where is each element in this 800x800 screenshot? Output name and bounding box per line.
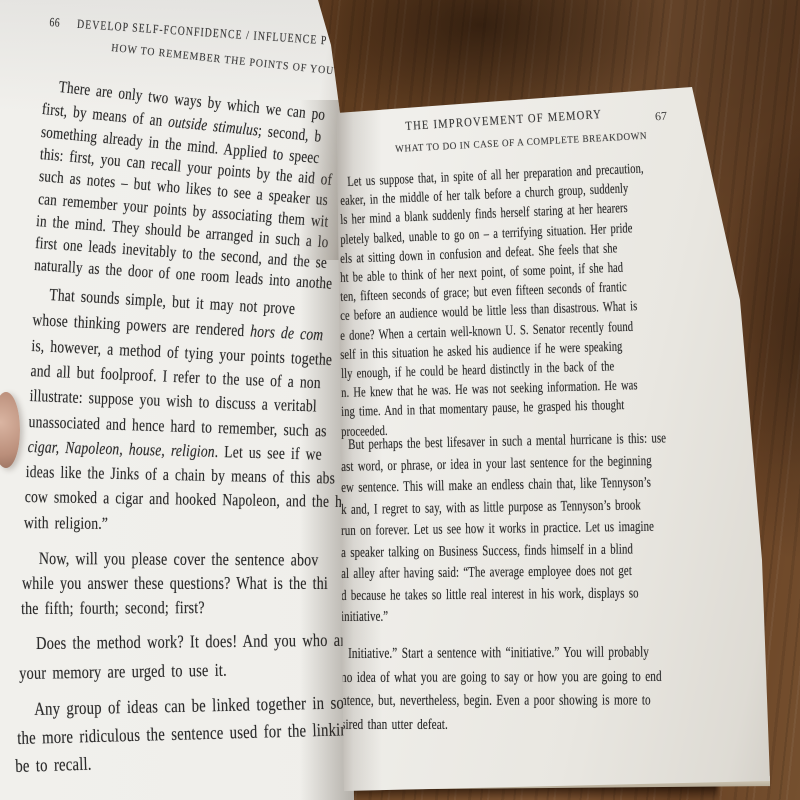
text-line: while you answer these questions? What i… <box>22 573 328 594</box>
text-line: Initiative.” Start a sentence with “init… <box>348 644 649 663</box>
text-line: initiative.” <box>341 609 388 626</box>
text-line: be to recall. <box>15 755 92 778</box>
text-line: d because he takes so little real intere… <box>341 585 639 605</box>
text-line: run on forever. Let us see how it works … <box>341 519 654 540</box>
text-line: ideas like the Jinks of a chain by means… <box>26 462 336 488</box>
right-running-head: THE IMPROVEMENT OF MEMORY <box>405 107 602 134</box>
text-line: But perhaps the best lifesaver in such a… <box>348 430 666 454</box>
text-line: unassociated and hence hard to remember,… <box>28 412 327 441</box>
text-line: ast word, or phrase, or idea in your las… <box>341 453 652 476</box>
text-line: k and, I regret to say, with as little p… <box>341 497 641 519</box>
text-line: ew sentence. This will make an endless c… <box>341 475 651 497</box>
left-section-heading: HOW TO REMEMBER THE POINTS OF YOU <box>111 42 335 77</box>
text-line: sired than utter defeat. <box>341 717 448 734</box>
text-line: your memory are urged to use it. <box>19 660 227 684</box>
right-page-number: 67 <box>655 109 668 125</box>
text-line: Now, will you please cover the sentence … <box>39 548 319 570</box>
text-line: the more ridiculous the sentence used fo… <box>17 720 348 750</box>
left-page-number: 66 <box>49 15 60 30</box>
text-line: with religion.” <box>24 513 108 534</box>
text-line: al alley after having said: “The average… <box>341 563 632 583</box>
text-line: cow smoked a cigar and hooked Napoleon, … <box>25 487 343 512</box>
text-line: the fifth; fourth; second; first? <box>21 597 205 619</box>
open-book-photo: 66DEVELOP SELF-FCONFIDENCE / INFLUENCE P… <box>0 0 800 800</box>
text-line: cigar, Napoleon, house, religion. Let us… <box>27 437 322 465</box>
text-line: ntence, but, nevertheless, begin. Even a… <box>341 692 651 710</box>
left-running-head: 66DEVELOP SELF-FCONFIDENCE / INFLUENCE P <box>49 15 328 48</box>
right-section-heading: WHAT TO DO IN CASE OF A COMPLETE BREAKDO… <box>395 131 647 155</box>
text-line: no idea of what you are going to say or … <box>341 668 662 686</box>
text-line: Any group of ideas can be linked togethe… <box>34 693 356 721</box>
text-line: ing time. And in that momentary pause, h… <box>341 398 625 421</box>
text-line: Does the method work? It does! And you w… <box>36 630 352 654</box>
text-line: a speaker talking on Business Success, f… <box>341 541 633 562</box>
